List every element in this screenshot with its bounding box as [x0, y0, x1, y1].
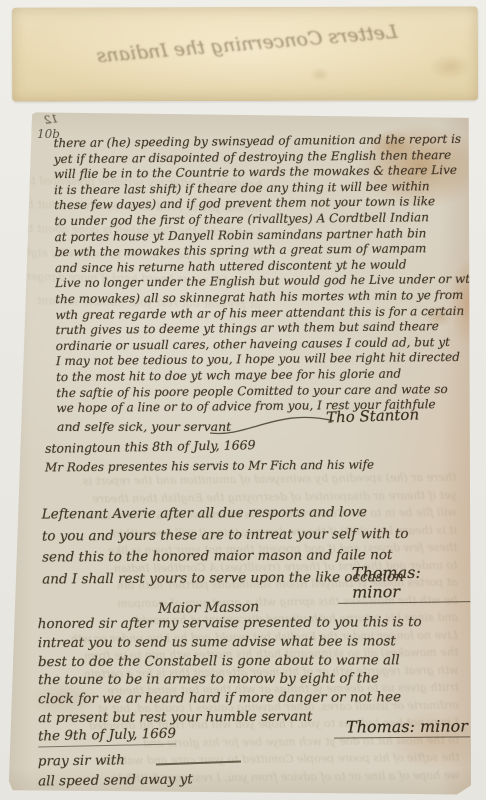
manuscript-line: clock for we ar heard hard if more dange… — [38, 688, 468, 709]
signature-flourish — [208, 411, 338, 437]
manuscript-line: to you and yours these are to intreat yo… — [42, 523, 462, 547]
stanton-postscript: Mr Rodes presentes his servis to Mr Fich… — [45, 458, 374, 475]
manuscript-line: all speed send away yt — [38, 766, 398, 791]
mason-letter-signature: Thomas: minor — [334, 716, 470, 738]
manuscript-line: honored sir after my servaise presented … — [38, 613, 468, 634]
mason-letter-body: honored sir after my servaise presented … — [38, 613, 469, 728]
stanton-letter-body: there ar (he) speeding by swinsyead of a… — [54, 132, 463, 417]
manuscript-scan: Letters Concerning the Indians there ar … — [0, 0, 486, 800]
mason-letter-postscript: pray sir withall speed send away yt — [38, 746, 399, 791]
manuscript-line: Leftenant Averie after all due resports … — [42, 502, 462, 526]
docket-mirrored-title: Letters Concerning the Indians — [82, 20, 413, 69]
docket-strip: Letters Concerning the Indians — [12, 6, 478, 101]
manuscript-page: there ar (he) speeding by swinsyead of a… — [8, 111, 471, 795]
manuscript-line: best to doe the Constabell is gone about… — [38, 650, 468, 671]
minor-note-signature: Thomas: minor — [338, 562, 472, 604]
stanton-dateline: stoningtoun this 8th of July, 1669 — [45, 437, 256, 456]
manuscript-line: the toune to be in armes to morow by eig… — [38, 669, 468, 690]
stanton-signature: Tho Stanton — [326, 405, 420, 426]
mason-letter-dateline: the 9th of July, 1669 — [38, 726, 176, 748]
folio-showthrough: 12 — [43, 112, 59, 127]
manuscript-line: intreat you to send us sume advise what … — [38, 632, 468, 653]
